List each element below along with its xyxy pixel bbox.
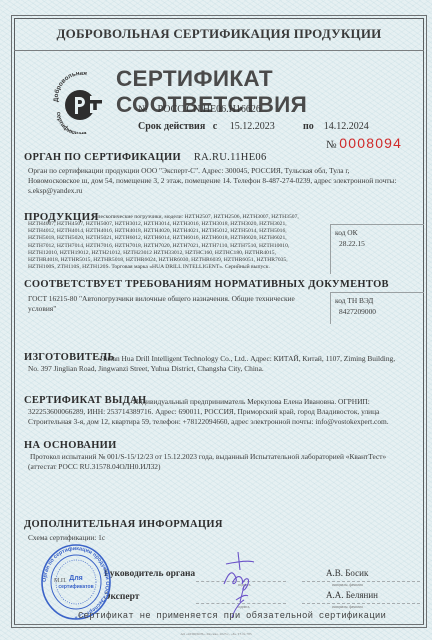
cert-body-code: RA.RU.11НЕ06 [194,152,267,163]
tn-ved-label: код ТН ВЭД [335,296,420,305]
to-date: 14.12.2024 [324,121,369,132]
expert-name: А.А. Белянин [326,590,378,600]
svg-text:сертификатов: сертификатов [58,583,93,590]
signature-icon [218,550,258,620]
printer-imprint: АО «ОПЦИОН», Москва, 2023 г., «Б» ТЗ № 7… [0,632,432,636]
basis-heading: НА ОСНОВАНИИ [24,440,117,451]
issued-line-1: Индивидуальный предприниматель Меркулова… [133,397,370,407]
stamp-place-label: М.П. [54,578,67,584]
head-label: Руководитель органа [104,569,195,579]
svg-text:Для: Для [69,575,83,582]
ok-code-value: 28.22.15 [339,239,420,248]
head-name-line [302,581,420,582]
head-name-caption: инициалы, фамилия [332,583,363,587]
certificate-number: № РОСС CN.НЕ06.Н16626 [138,104,261,115]
expert-name-caption: инициалы, фамилия [332,605,363,609]
expert-name-line [302,603,420,604]
validity-end: по 14.12.2024 [303,121,369,132]
validity-label: Срок действия [138,121,205,132]
cert-body-heading: ОРГАН ПО СЕРТИФИКАЦИИ [24,152,181,163]
tn-ved-code-box: код ТН ВЭД 8427209000 [330,292,424,324]
basis-line-2: (аттестат РОСС RU.31578.04ОЛН0.ИЛ32) [28,462,160,472]
manufacturer-line-2: No. 397 Jinglian Road, Jingwanzi Street,… [28,364,264,374]
rst-logo-icon: Добровольная сертификация [50,72,112,134]
issued-line-2: 322253600066289, ИНН: 253714389716. Адре… [28,407,379,417]
header-divider [14,50,424,51]
to-label: по [303,121,314,132]
head-name: А.В. Босик [326,568,368,578]
ok-code-box: код ОК 28.22.15 [330,224,424,274]
basis-line-1: Протокол испытаний № 001/S-15/12/23 от 1… [30,452,386,462]
issued-line-3: Строительная 3-я, дом 12, квартира 59, т… [28,417,389,427]
validity-period: Срок действия с 15.12.2023 [138,121,275,132]
cert-body-text: Орган по сертификации продукции ООО "Экс… [28,166,396,197]
cert-body-section: ОРГАН ПО СЕРТИФИКАЦИИ RA.RU.11НЕ06 [24,152,267,163]
additional-heading: ДОПОЛНИТЕЛЬНАЯ ИНФОРМАЦИЯ [24,519,223,530]
tn-ved-value: 8427209000 [339,307,420,316]
number-label: № [138,104,148,115]
footer-divider [14,624,424,625]
from-label: с [213,121,217,132]
footer-note: Сертификат не применяется при обязательн… [78,611,386,621]
serial-value: 0008094 [339,135,402,151]
number-value: РОСС CN.НЕ06.Н16626 [158,104,261,115]
top-title: ДОБРОВОЛЬНАЯ СЕРТИФИКАЦИЯ ПРОДУКЦИИ [14,26,424,42]
issued-heading: СЕРТИФИКАТ ВЫДАН [24,395,146,406]
ok-code-label: код ОК [335,228,420,237]
product-models: HZTH4007, HZTH4507, HZTH5007, HZTH3012, … [28,221,328,271]
serial-number: № 0008094 [326,135,402,151]
from-date: 15.12.2023 [230,121,275,132]
manufacturer-line-1: Hunan Hua Drill Intelligent Technology C… [100,354,395,364]
standards-heading: СООТВЕТСТВУЕТ ТРЕБОВАНИЯМ НОРМАТИВНЫХ ДО… [24,279,389,290]
serial-label: № [326,139,337,151]
standards-text: ГОСТ 16215-80 "Автопогрузчики вилочные о… [28,294,323,314]
